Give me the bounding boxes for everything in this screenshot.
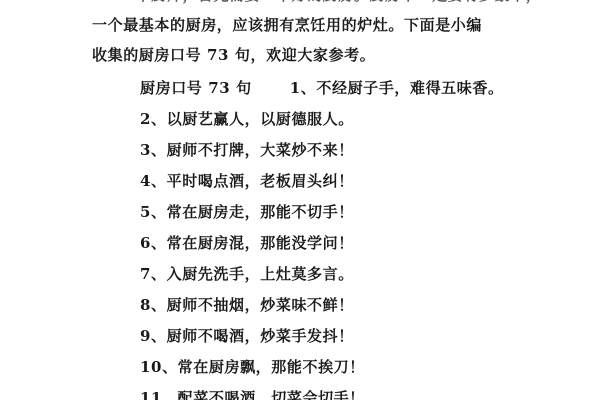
list-item: 7、入厨先洗手，上灶莫多言。 <box>140 264 354 284</box>
intro-line: 一个最基本的厨房，应该拥有烹饪用的炉灶。下面是小编 <box>92 15 482 35</box>
intro-line: 收集的厨房口号 73 句，欢迎大家参考。 <box>92 45 375 65</box>
list-item: 11、配菜不喝酒，切菜会切手！ <box>140 388 365 400</box>
document-page: 一个厨师，首先需要一个好的厨房。厨房不一定要有多豪华， 一个最基本的厨房，应该拥… <box>0 0 600 400</box>
list-item: 9、厨师不喝酒，炒菜手发抖！ <box>140 326 354 346</box>
list-item: 10、常在厨房飘，那能不挨刀！ <box>140 357 365 377</box>
list-item: 1、不经厨子手，难得五味香。 <box>290 79 504 97</box>
list-item: 5、常在厨房走，那能不切手！ <box>140 202 354 222</box>
intro-line-cut: 一个厨师，首先需要一个好的厨房。厨房不一定要有多豪华， <box>120 0 541 5</box>
list-item: 8、厨师不抽烟，炒菜味不鲜！ <box>140 295 354 315</box>
list-item: 4、平时喝点酒，老板眉头纠！ <box>140 171 354 191</box>
list-item: 3、厨师不打牌，大菜炒不来！ <box>140 140 354 160</box>
section-heading: 厨房口号 73 句 <box>140 79 252 97</box>
list-item: 6、常在厨房混，那能没学问！ <box>140 233 354 253</box>
heading-line: 厨房口号 73 句1、不经厨子手，难得五味香。 <box>140 78 504 98</box>
list-item: 2、以厨艺赢人，以厨德服人。 <box>140 109 354 129</box>
